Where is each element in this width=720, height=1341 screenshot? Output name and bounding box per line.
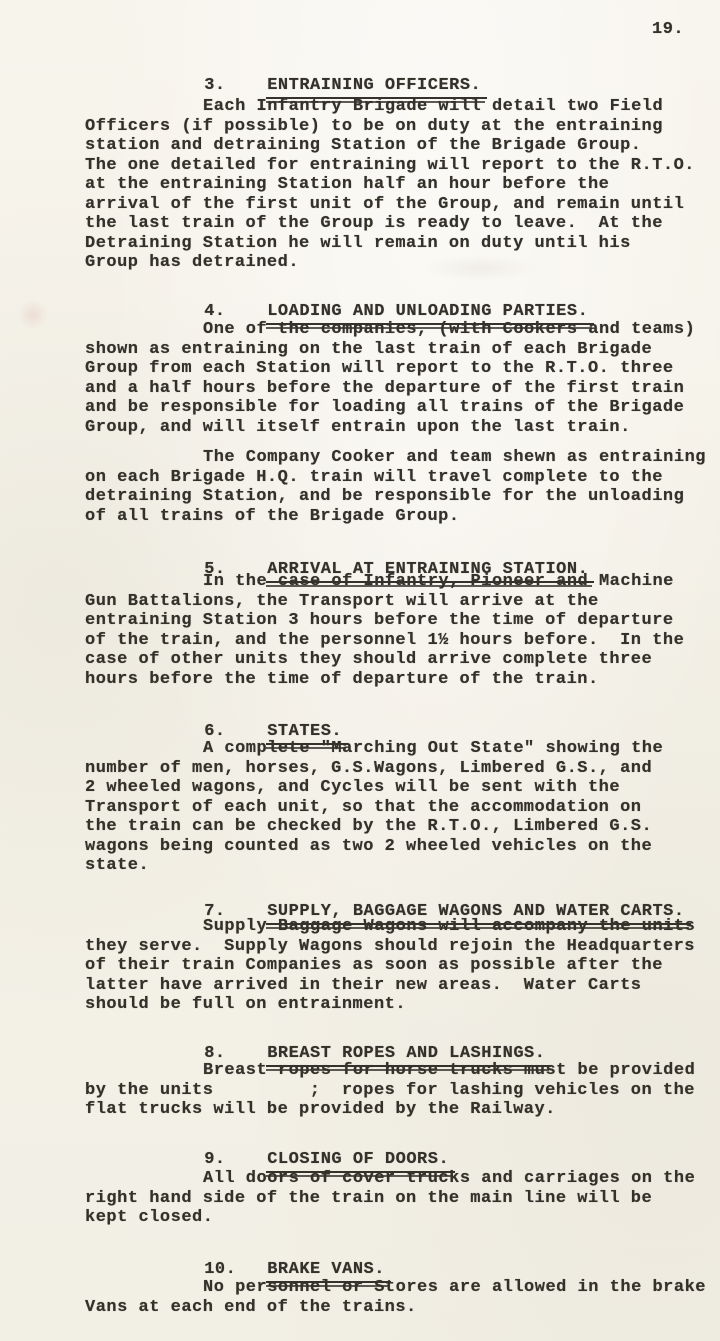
section-supply-baggage-wagons-water-carts: 7.SUPPLY, BAGGAGE WAGONS AND WATER CARTS… [85,882,720,1015]
section-number: 10. [204,1260,267,1280]
text-line: Gun Battalions, the Transport will arriv… [85,592,720,612]
paragraph: A complete "Marching Out State" showing … [85,739,720,876]
section-heading: CLOSING OF DOORS. [266,1150,455,1173]
section-number: 9. [204,1150,267,1170]
text-line: hours before the time of departure of th… [85,670,720,690]
section-heading-row: 7.SUPPLY, BAGGAGE WAGONS AND WATER CARTS… [85,882,720,902]
section-heading: BRAKE VANS. [266,1260,391,1283]
text-line: number of men, horses, G.S.Wagons, Limbe… [85,759,720,779]
text-line: detraining Station, and be responsible f… [85,487,720,507]
section-heading: LOADING AND UNLOADING PARTIES. [266,302,594,325]
text-line: of their train Companies as soon as poss… [85,956,720,976]
text-line: by the units ; ropes for lashing vehicle… [85,1081,720,1101]
text-line: they serve. Supply Wagons should rejoin … [85,937,720,957]
text-line: Group, and will itself entrain upon the … [85,418,720,438]
section-heading: SUPPLY, BAGGAGE WAGONS AND WATER CARTS. [266,902,690,925]
text-line: of the train, and the personnel 1½ hours… [85,631,720,651]
text-line: Transport of each unit, so that the acco… [85,798,720,818]
section-heading-row: 3.ENTRAINING OFFICERS. [85,56,720,76]
text-line: and be responsible for loading all train… [85,398,720,418]
section-heading: ENTRAINING OFFICERS. [266,76,487,99]
text-line: Officers (if possible) to be on duty at … [85,117,720,137]
text-line: on each Brigade H.Q. train will travel c… [85,468,720,488]
page-number: 19. [652,20,684,40]
section-arrival-at-entraining-station: 5.ARRIVAL AT ENTRAINING STATION. In the … [85,540,720,689]
scan-smudge [18,300,48,330]
text-line: station and detraining Station of the Br… [85,136,720,156]
text-line: should be full on entrainment. [85,995,720,1015]
section-heading: BREAST ROPES AND LASHINGS. [266,1044,551,1067]
section-heading: STATES. [266,722,348,745]
text-line: right hand side of the train on the main… [85,1189,720,1209]
text-line: kept closed. [85,1208,720,1228]
text-line: entraining Station 3 hours before the ti… [85,611,720,631]
text-line: The Company Cooker and team shewn as ent… [85,448,720,468]
section-heading-row: 10.BRAKE VANS. [85,1240,720,1260]
text-line: The one detailed for entraining will rep… [85,156,720,176]
section-brake-vans: 10.BRAKE VANS. No personnel or Stores ar… [85,1240,720,1317]
section-breast-ropes-and-lashings: 8.BREAST ROPES AND LASHINGS. Breast rope… [85,1024,720,1120]
section-heading-row: 8.BREAST ROPES AND LASHINGS. [85,1024,720,1044]
section-number: 3. [204,76,267,96]
text-line: shown as entraining on the last train of… [85,340,720,360]
section-entraining-officers: 3.ENTRAINING OFFICERS. Each Infantry Bri… [85,56,720,273]
text-line: Vans at each end of the trains. [85,1298,720,1318]
text-line: arrival of the first unit of the Group, … [85,195,720,215]
text-line: the last train of the Group is ready to … [85,214,720,234]
section-heading: ARRIVAL AT ENTRAINING STATION. [266,560,594,583]
paragraph: Each Infantry Brigade will detail two Fi… [85,97,720,273]
text-line: the train can be checked by the R.T.O., … [85,817,720,837]
text-line: flat trucks will be provided by the Rail… [85,1100,720,1120]
text-line: Group from each Station will report to t… [85,359,720,379]
section-heading-row: 9.CLOSING OF DOORS. [85,1130,720,1150]
section-loading-unloading-parties: 4.LOADING AND UNLOADING PARTIES. One of … [85,282,720,526]
paragraph: The Company Cooker and team shewn as ent… [85,448,720,526]
text-line: at the entraining Station half an hour b… [85,175,720,195]
section-closing-of-doors: 9.CLOSING OF DOORS. All doors of cover t… [85,1130,720,1228]
text-line: state. [85,856,720,876]
text-line: of all trains of the Brigade Group. [85,507,720,527]
section-heading-row: 4.LOADING AND UNLOADING PARTIES. [85,282,720,302]
section-heading-row: 5.ARRIVAL AT ENTRAINING STATION. [85,540,720,560]
text-line: 2 wheeled wagons, and Cycles will be sen… [85,778,720,798]
text-line: case of other units they should arrive c… [85,650,720,670]
text-line: Group has detrained. [85,253,720,273]
section-states: 6.STATES. A complete "Marching Out State… [85,702,720,876]
text-line: wagons being counted as two 2 wheeled ve… [85,837,720,857]
section-number: 4. [204,302,267,322]
text-line: and a half hours before the departure of… [85,379,720,399]
document-page: 19. 3.ENTRAINING OFFICERS. Each Infantry… [0,0,720,1341]
section-heading-row: 6.STATES. [85,702,720,722]
text-line: Detraining Station he will remain on dut… [85,234,720,254]
text-line: latter have arrived in their new areas. … [85,976,720,996]
